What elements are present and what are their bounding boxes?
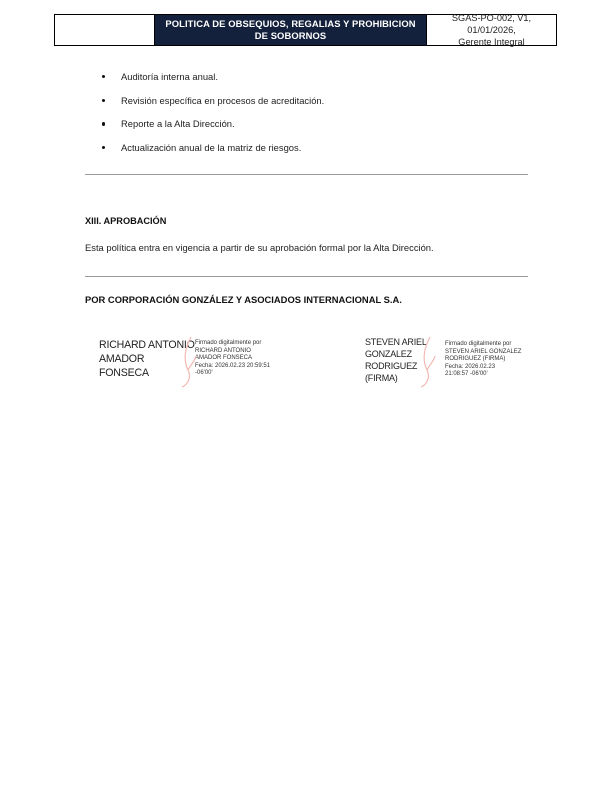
document-title: POLITICA DE OBSEQUIOS, REGALIAS Y PROHIB… [155, 15, 426, 45]
signer-name: RICHARD ANTONIO AMADOR FONSECA [99, 338, 195, 380]
document-owner: Gerente Integral [429, 36, 554, 48]
bullet-icon [102, 146, 105, 149]
signer-name: STEVEN ARIEL GONZALEZ RODRIGUEZ (FIRMA) [365, 336, 445, 384]
document-code: SGAS-PO-002, V1, 01/01/2026, Gerente Int… [426, 15, 556, 45]
section-paragraph: Esta política entra en vigencia a partir… [85, 242, 434, 253]
company-name: POR CORPORACIÓN GONZÁLEZ Y ASOCIADOS INT… [85, 294, 402, 305]
list-item: Reporte a la Alta Dirección. [102, 117, 324, 141]
list-item: Revisión específica en procesos de acred… [102, 94, 324, 118]
bullet-icon [102, 122, 105, 125]
bullet-icon [102, 75, 105, 78]
digital-signature[interactable]: RICHARD ANTONIO AMADOR FONSECA Firmado d… [99, 338, 270, 380]
logo-cell [55, 15, 155, 45]
section-heading: XIII. APROBACIÓN [85, 216, 166, 226]
list-item: Actualización anual de la matriz de ries… [102, 141, 324, 165]
document-code-line: SGAS-PO-002, V1, 01/01/2026, [429, 12, 554, 36]
document-header: POLITICA DE OBSEQUIOS, REGALIAS Y PROHIB… [54, 14, 557, 46]
signature-details: Firmado digitalmente por RICHARD ANTONIO… [195, 340, 270, 378]
signature-details: Firmado digitalmente por STEVEN ARIEL GO… [445, 341, 521, 379]
divider [85, 174, 528, 175]
divider [85, 276, 528, 277]
control-list: Auditoría interna anual. Revisión especí… [102, 70, 324, 164]
digital-signature[interactable]: STEVEN ARIEL GONZALEZ RODRIGUEZ (FIRMA) … [365, 336, 521, 384]
bullet-icon [102, 99, 105, 102]
list-item: Auditoría interna anual. [102, 70, 324, 94]
